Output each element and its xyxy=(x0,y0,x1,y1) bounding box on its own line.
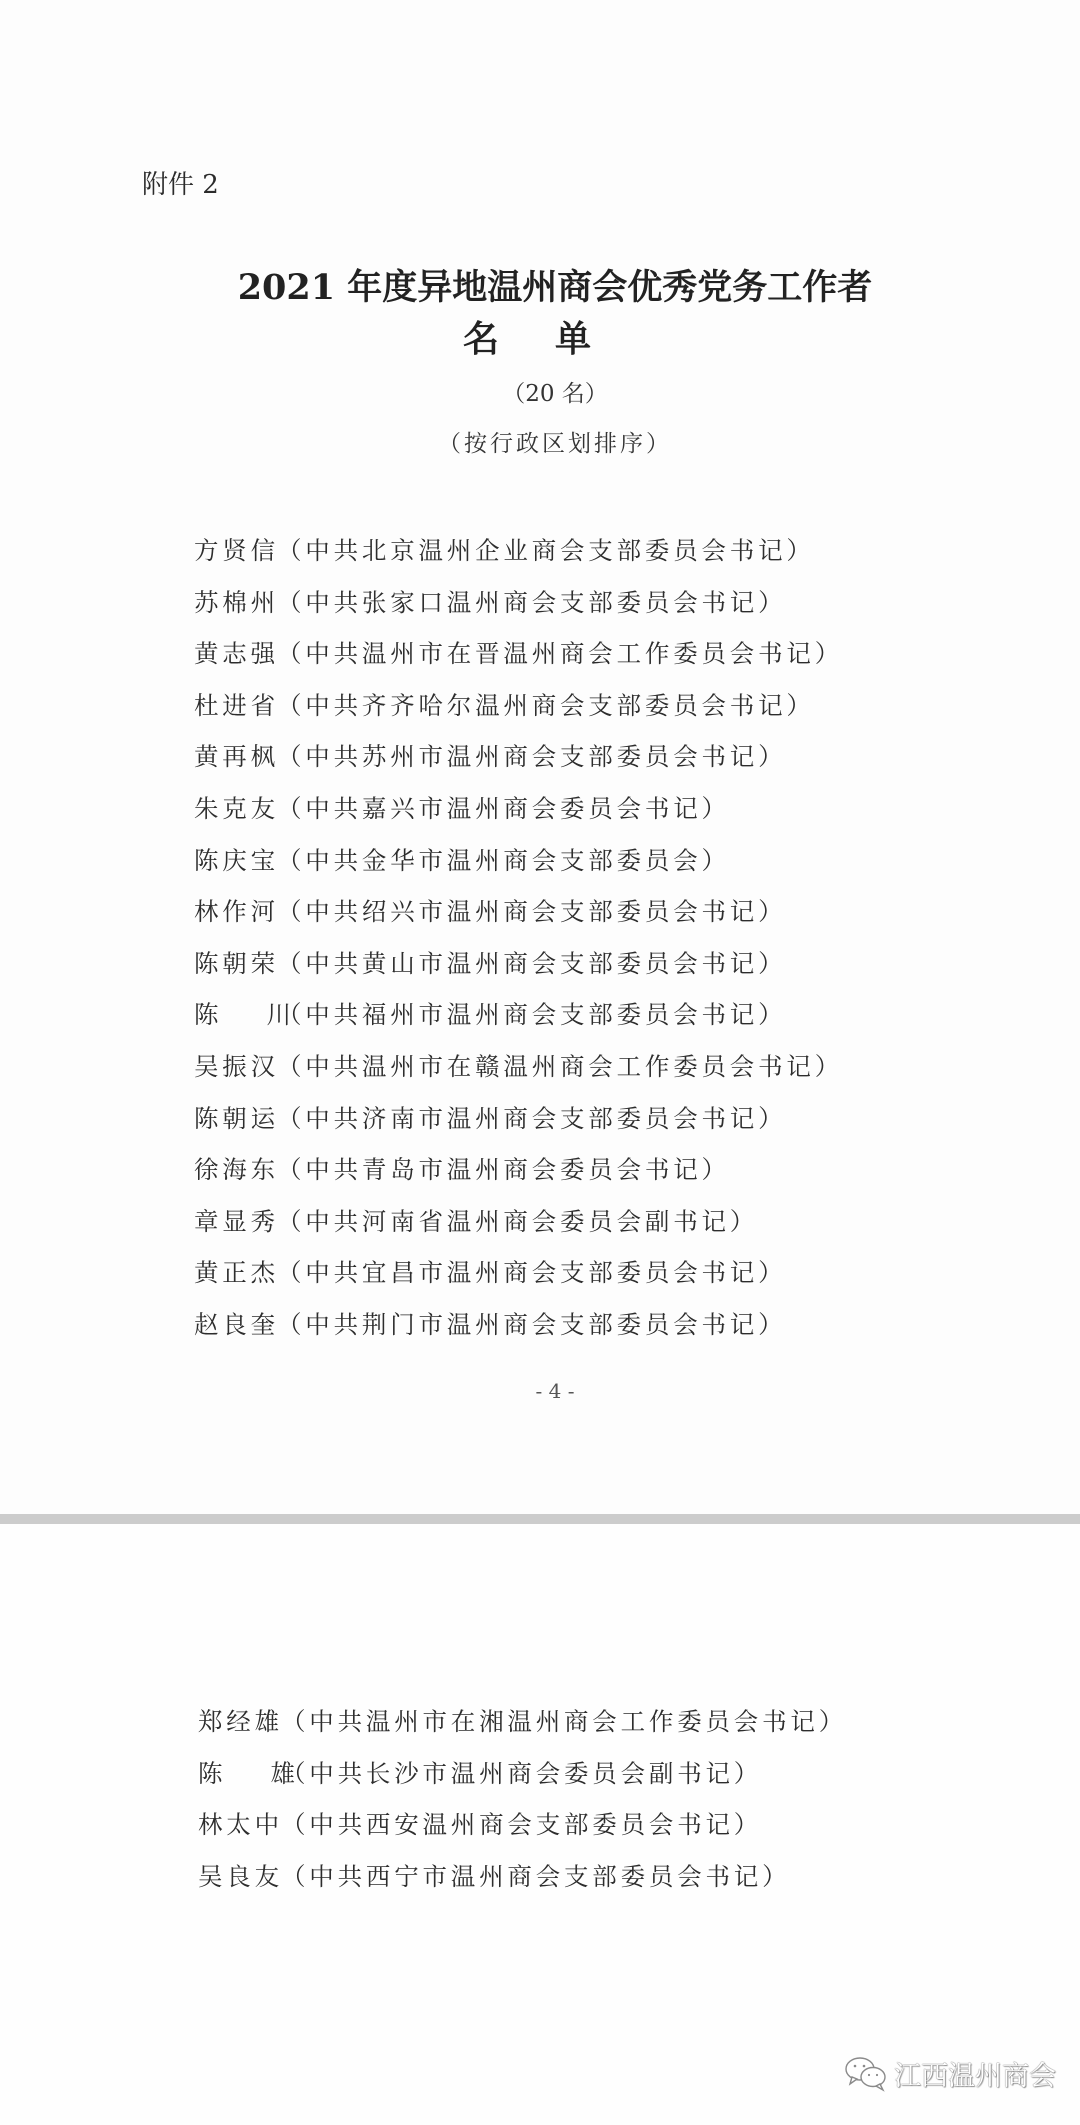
honoree-role: （中共西安温州商会支部委员会书记） xyxy=(281,1810,762,1839)
list-item: 吴振汉（中共温州市在赣温州商会工作委员会书记） xyxy=(194,1046,843,1098)
honoree-count: （20 名） xyxy=(0,378,1080,410)
honoree-role: （中共温州市在晋温州商会工作委员会书记） xyxy=(277,639,843,668)
honoree-name: 方贤信 xyxy=(194,530,277,572)
list-item: 苏棉州（中共张家口温州商会支部委员会书记） xyxy=(194,582,843,634)
list-item: 章显秀（中共河南省温州商会委员会副书记） xyxy=(194,1201,843,1253)
honoree-role: （中共宜昌市温州商会支部委员会书记） xyxy=(277,1258,786,1287)
document-title: 2021 年度异地温州商会优秀党务工作者 xyxy=(0,266,1080,310)
honoree-role: （中共嘉兴市温州商会委员会书记） xyxy=(277,794,730,823)
honoree-role: （中共北京温州企业商会支部委员会书记） xyxy=(277,536,815,565)
honoree-name: 赵良奎 xyxy=(194,1304,277,1346)
honoree-name: 黄再枫 xyxy=(194,736,277,778)
list-item: 方贤信（中共北京温州企业商会支部委员会书记） xyxy=(194,530,843,582)
honoree-role: （中共青岛市温州商会委员会书记） xyxy=(277,1155,730,1184)
honoree-role: （中共齐齐哈尔温州商会支部委员会书记） xyxy=(277,691,815,720)
list-item: 徐海东（中共青岛市温州商会委员会书记） xyxy=(194,1149,843,1201)
honoree-role: （中共张家口温州商会支部委员会书记） xyxy=(277,588,786,617)
document-subtitle: 名单 xyxy=(0,316,1080,362)
honoree-name: 朱克友 xyxy=(194,788,277,830)
list-item: 陈庆宝（中共金华市温州商会支部委员会） xyxy=(194,840,843,892)
honoree-role: （中共荆门市温州商会支部委员会书记） xyxy=(277,1310,786,1339)
honoree-name: 陈朝运 xyxy=(194,1098,277,1140)
honoree-name: 陈庆宝 xyxy=(194,840,277,882)
attachment-label: 附件 2 xyxy=(142,168,219,202)
honoree-name: 黄正杰 xyxy=(194,1252,277,1294)
list-item: 陈朝荣（中共黄山市温州商会支部委员会书记） xyxy=(194,943,843,995)
wechat-icon xyxy=(844,2055,888,2093)
honoree-name: 吴振汉 xyxy=(194,1046,277,1088)
honoree-name: 郑经雄 xyxy=(198,1701,281,1743)
honoree-list-page-2: 郑经雄（中共温州市在湘温州商会工作委员会书记） 陈雄（中共长沙市温州商会委员会副… xyxy=(198,1701,847,1907)
honoree-name: 陈雄 xyxy=(198,1753,281,1795)
honoree-name: 徐海东 xyxy=(194,1149,277,1191)
honoree-list-page-1: 方贤信（中共北京温州企业商会支部委员会书记） 苏棉州（中共张家口温州商会支部委员… xyxy=(194,530,843,1356)
list-item: 林太中（中共西安温州商会支部委员会书记） xyxy=(198,1804,847,1856)
watermark-text: 江西温州商会 xyxy=(894,2054,1056,2093)
list-item: 黄正杰（中共宜昌市温州商会支部委员会书记） xyxy=(194,1252,843,1304)
page-number: - 4 - xyxy=(0,1377,1080,1405)
honoree-role: （中共金华市温州商会支部委员会） xyxy=(277,846,730,875)
list-item: 陈雄（中共长沙市温州商会委员会副书记） xyxy=(198,1753,847,1805)
honoree-role: （中共温州市在湘温州商会工作委员会书记） xyxy=(281,1707,847,1736)
honoree-name: 吴良友 xyxy=(198,1856,281,1898)
list-item: 陈川（中共福州市温州商会支部委员会书记） xyxy=(194,994,843,1046)
honoree-name: 林太中 xyxy=(198,1804,281,1846)
honoree-role: （中共黄山市温州商会支部委员会书记） xyxy=(277,949,786,978)
order-note: （按行政区划排序） xyxy=(0,428,1080,460)
honoree-role: （中共西宁市温州商会支部委员会书记） xyxy=(281,1862,790,1891)
page-separator xyxy=(0,1514,1080,1524)
honoree-name: 杜进省 xyxy=(194,685,277,727)
document-page-1: 附件 2 2021 年度异地温州商会优秀党务工作者 名单 （20 名） （按行政… xyxy=(0,0,1080,1514)
honoree-name: 陈川 xyxy=(194,994,277,1036)
list-item: 黄志强（中共温州市在晋温州商会工作委员会书记） xyxy=(194,633,843,685)
honoree-name: 陈朝荣 xyxy=(194,943,277,985)
list-item: 林作河（中共绍兴市温州商会支部委员会书记） xyxy=(194,891,843,943)
honoree-role: （中共济南市温州商会支部委员会书记） xyxy=(277,1104,786,1133)
list-item: 郑经雄（中共温州市在湘温州商会工作委员会书记） xyxy=(198,1701,847,1753)
list-item: 黄再枫（中共苏州市温州商会支部委员会书记） xyxy=(194,736,843,788)
honoree-role: （中共河南省温州商会委员会副书记） xyxy=(277,1207,758,1236)
list-item: 赵良奎（中共荆门市温州商会支部委员会书记） xyxy=(194,1304,843,1356)
honoree-name: 林作河 xyxy=(194,891,277,933)
honoree-role: （中共苏州市温州商会支部委员会书记） xyxy=(277,742,786,771)
honoree-role: （中共绍兴市温州商会支部委员会书记） xyxy=(277,897,786,926)
list-item: 陈朝运（中共济南市温州商会支部委员会书记） xyxy=(194,1098,843,1150)
honoree-role: （中共福州市温州商会支部委员会书记） xyxy=(277,1000,786,1029)
honoree-name: 黄志强 xyxy=(194,633,277,675)
list-item: 朱克友（中共嘉兴市温州商会委员会书记） xyxy=(194,788,843,840)
watermark: 江西温州商会 xyxy=(844,2054,1056,2093)
list-item: 杜进省（中共齐齐哈尔温州商会支部委员会书记） xyxy=(194,685,843,737)
list-item: 吴良友（中共西宁市温州商会支部委员会书记） xyxy=(198,1856,847,1908)
honoree-name: 章显秀 xyxy=(194,1201,277,1243)
honoree-name: 苏棉州 xyxy=(194,582,277,624)
honoree-role: （中共温州市在赣温州商会工作委员会书记） xyxy=(277,1052,843,1081)
honoree-role: （中共长沙市温州商会委员会副书记） xyxy=(281,1759,762,1788)
